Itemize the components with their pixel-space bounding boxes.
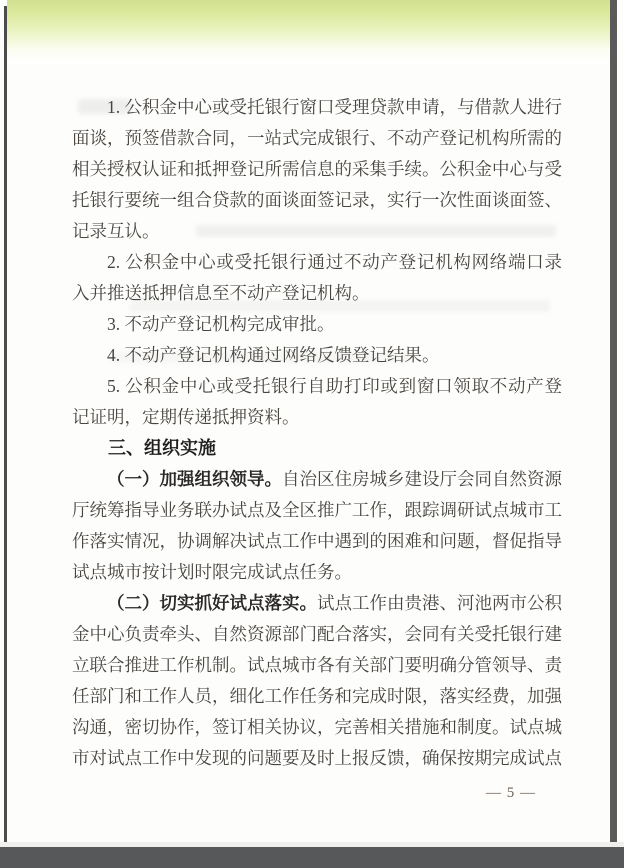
text-line: 1. 公积金中心或受托银行窗口受理贷款申请，与借款人进行 [72,92,562,123]
text-line: 记证明，定期传递抵押资料。 [72,402,562,433]
text-line: （二）切实抓好试点落实。试点工作由贵港、河池两市公积 [72,588,562,619]
text-line: 金中心负责牵头、自然资源部门配合落实，会同有关受托银行建 [72,619,562,650]
text-line: 入并推送抵押信息至不动产登记机构。 [72,278,562,309]
section-heading: 三、组织实施 [72,433,562,464]
text-line: （一）加强组织领导。自治区住房城乡建设厅会同自然资源 [72,464,562,495]
scan-bottom-bar [0,847,624,868]
text-line: 试点城市按计划时限完成试点任务。 [72,557,562,588]
scan-right-edge-line [610,0,617,848]
text-line: 相关授权认证和抵押登记所需信息的采集手续。公积金中心与受 [72,154,562,185]
text-line: 2. 公积金中心或受托银行通过不动产登记机构网络端口录 [72,247,562,278]
text-line: 面谈，预签借款合同，一站式完成银行、不动产登记机构所需的 [72,123,562,154]
text-line: 市对试点工作中发现的问题要及时上报反馈，确保按期完成试点 [72,743,562,774]
text-line: 5. 公积金中心或受托银行自助打印或到窗口领取不动产登 [72,371,562,402]
document-body: 1. 公积金中心或受托银行窗口受理贷款申请，与借款人进行 面谈，预签借款合同，一… [72,92,562,805]
text-line: 沟通，密切协作，签订相关协议，完善相关措施和制度。试点城 [72,712,562,743]
page-top-green-band [7,0,611,64]
page-number: — 5 — [72,781,562,805]
scan-left-edge-line [4,6,7,845]
text-line: 记录互认。 [72,216,562,247]
text-line: 作落实情况，协调解决试点工作中遇到的困难和问题，督促指导 [72,526,562,557]
scanned-document-page: 1. 公积金中心或受托银行窗口受理贷款申请，与借款人进行 面谈，预签借款合同，一… [0,0,624,868]
text-line: 厅统筹指导业务联办试点及全区推广工作，跟踪调研试点城市工 [72,495,562,526]
text-line: 3. 不动产登记机构完成审批。 [72,309,562,340]
text-line: 立联合推进工作机制。试点城市各有关部门要明确分管领导、责 [72,650,562,681]
text-line: 任部门和工作人员，细化工作任务和完成时限，落实经费，加强 [72,681,562,712]
text-line: 托银行要统一组合贷款的面谈面签记录，实行一次性面谈面签、 [72,185,562,216]
text-line: 4. 不动产登记机构通过网络反馈登记结果。 [72,340,562,371]
